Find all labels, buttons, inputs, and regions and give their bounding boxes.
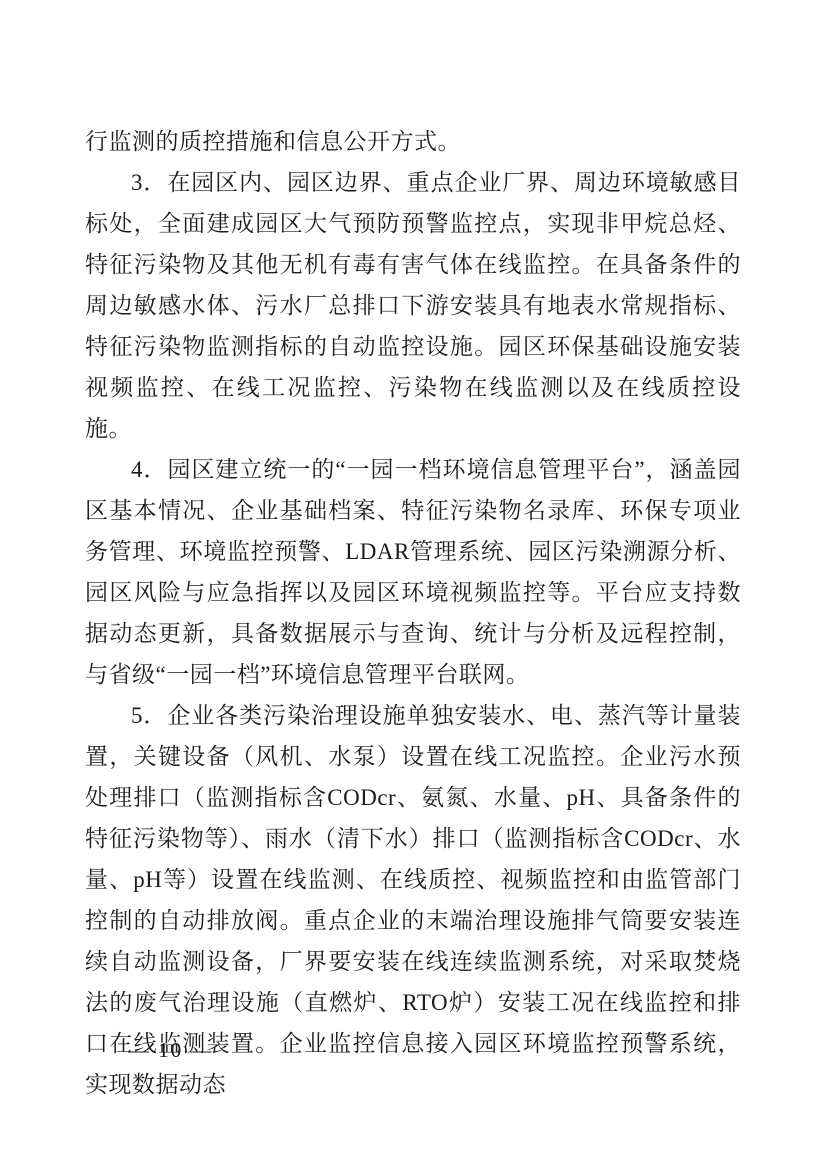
paragraph-item-4: 4．园区建立统一的“一园一档环境信息管理平台”，涵盖园区基本情况、企业基础档案、… bbox=[85, 449, 741, 695]
page-number: — 10 — bbox=[128, 1036, 214, 1064]
paragraph-continuation: 行监测的质控措施和信息公开方式。 bbox=[85, 121, 741, 162]
document-body: 行监测的质控措施和信息公开方式。 3．在园区内、园区边界、重点企业厂界、周边环境… bbox=[85, 121, 741, 1105]
paragraph-item-3: 3．在园区内、园区边界、重点企业厂界、周边环境敏感目标处，全面建成园区大气预防预… bbox=[85, 162, 741, 449]
document-page: 行监测的质控措施和信息公开方式。 3．在园区内、园区边界、重点企业厂界、周边环境… bbox=[0, 0, 826, 1169]
